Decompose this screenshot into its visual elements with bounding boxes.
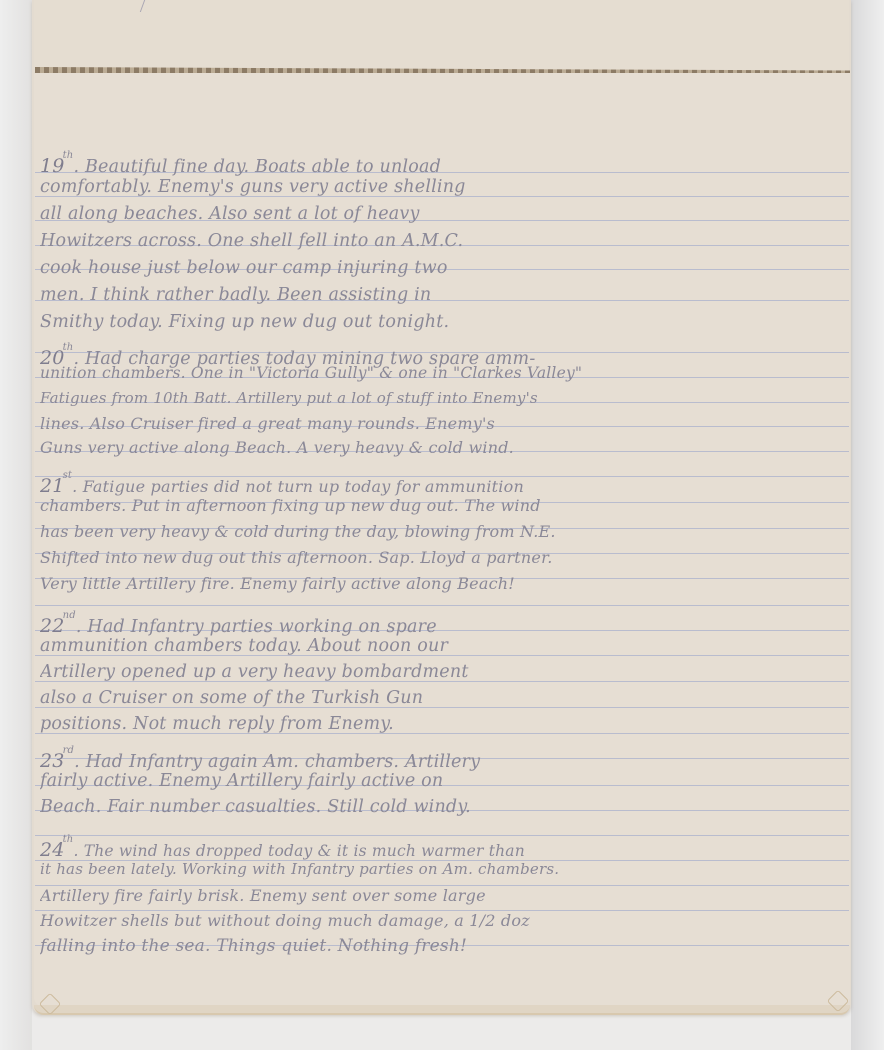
date-suffix: rd [63, 745, 75, 756]
entry-date: 21 [40, 475, 65, 497]
entry-line: 22nd. Had Infantry parties working on sp… [40, 610, 850, 637]
date-suffix: th [63, 834, 74, 845]
entry-line: has been very heavy & cold during the da… [40, 522, 850, 541]
text: Had Infantry parties working on spare [87, 617, 436, 637]
entry-line: Artillery opened up a very heavy bombard… [40, 662, 850, 682]
entry-line: Guns very active along Beach. A very hea… [40, 438, 850, 457]
entry-date: 24 [40, 839, 65, 861]
entry-line: Howitzer shells but without doing much d… [40, 911, 850, 930]
entry-line: ammunition chambers today. About noon ou… [40, 636, 850, 656]
entry-date: 23 [40, 750, 65, 772]
entry-line: comfortably. Enemy's guns very active sh… [40, 177, 850, 197]
date-suffix: th [63, 342, 74, 353]
entry-date: 22 [40, 615, 65, 637]
date-suffix: nd [63, 610, 76, 621]
entry-line: also a Cruiser on some of the Turkish Gu… [40, 688, 850, 708]
ruled-line [35, 605, 849, 606]
text: Had Infantry again Am. chambers. Artille… [86, 752, 481, 772]
entry-line: 24th. The wind has dropped today & it is… [40, 834, 850, 861]
entry-line: positions. Not much reply from Enemy. [40, 714, 850, 734]
entry-line: Very little Artillery fire. Enemy fairly… [40, 574, 850, 593]
background-left [0, 0, 32, 1050]
entry-date: 19 [40, 155, 65, 177]
entry-line: lines. Also Cruiser fired a great many r… [40, 414, 850, 433]
entry-line: Fatigues from 10th Batt. Artillery put a… [40, 389, 850, 407]
date-suffix: th [63, 150, 74, 161]
notebook-binding-edge [851, 0, 884, 1050]
text: The wind has dropped today & it is much … [84, 842, 525, 860]
page-stack-edge [34, 1005, 850, 1015]
entry-line: Shifted into new dug out this afternoon.… [40, 548, 850, 567]
date-suffix: st [63, 470, 73, 481]
entry-line: unition chambers. One in "Victoria Gully… [40, 364, 850, 382]
entry-line: Beach. Fair number casualties. Still col… [40, 797, 850, 817]
text: Fatigue parties did not turn up today fo… [83, 477, 524, 496]
pencil-mark [100, 0, 145, 12]
entry-line: Howitzers across. One shell fell into an… [40, 231, 850, 251]
torn-page-stub [34, 0, 849, 72]
entry-line: 19th. Beautiful fine day. Boats able to … [40, 150, 850, 177]
entry-line: fairly active. Enemy Artillery fairly ac… [40, 771, 850, 791]
entry-line: cook house just below our camp injuring … [40, 258, 850, 278]
entry-line: Artillery fire fairly brisk. Enemy sent … [40, 886, 850, 905]
entry-line: 23rd. Had Infantry again Am. chambers. A… [40, 745, 850, 772]
entry-line: chambers. Put in afternoon fixing up new… [40, 496, 850, 515]
entry-line: Smithy today. Fixing up new dug out toni… [40, 312, 850, 332]
entry-line: men. I think rather badly. Been assistin… [40, 285, 850, 305]
entry-line: all along beaches. Also sent a lot of he… [40, 204, 850, 224]
entry-line: falling into the sea. Things quiet. Noth… [40, 936, 850, 956]
text: Beautiful fine day. Boats able to unload [85, 157, 441, 177]
entry-line: 21st. Fatigue parties did not turn up to… [40, 470, 850, 497]
entry-line: it has been lately. Working with Infantr… [40, 860, 850, 878]
